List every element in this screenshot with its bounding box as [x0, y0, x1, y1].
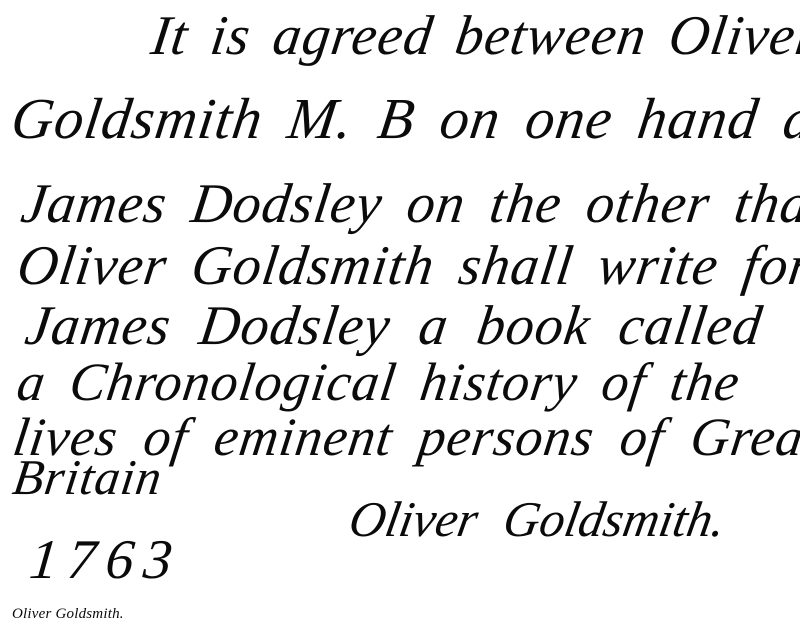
manuscript-page: It is agreed between Oliver Goldsmith M.… — [0, 0, 800, 633]
figure-caption: Oliver Goldsmith. — [12, 606, 124, 623]
agreement-line-8: Britain — [10, 452, 166, 502]
agreement-line-1: It is agreed between Oliver — [148, 8, 800, 64]
agreement-line-5: James Dodsley a book called — [22, 298, 766, 354]
signature: Oliver Goldsmith. — [345, 490, 730, 548]
agreement-line-4: Oliver Goldsmith shall write for — [14, 238, 800, 294]
agreement-line-6: a Chronological history of the — [14, 355, 744, 409]
agreement-line-3: James Dodsley on the other that — [18, 176, 800, 232]
agreement-line-2: Goldsmith M. B on one hand and — [8, 90, 800, 148]
year-date: 1763 — [27, 528, 186, 592]
